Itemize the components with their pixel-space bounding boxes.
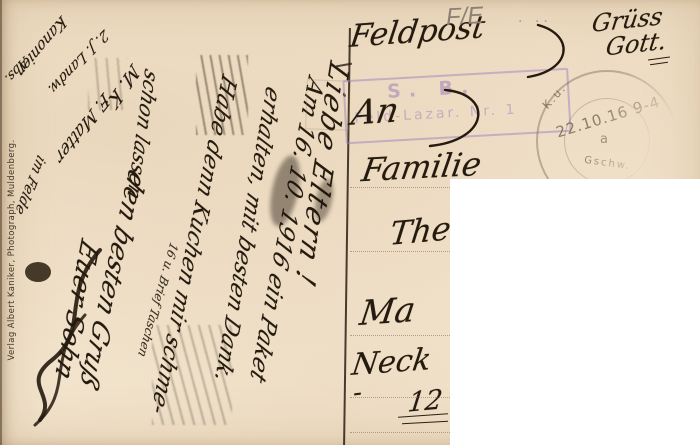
address-dash: - <box>351 378 363 409</box>
number-underline <box>402 421 448 424</box>
pencil-annotation: F/E <box>445 2 484 32</box>
address-ruled-line <box>350 187 452 188</box>
postmark-code-letter: a <box>600 132 608 147</box>
greeting-underline <box>650 62 668 65</box>
address-salutation: An <box>348 90 401 134</box>
address-ruled-line <box>350 432 452 433</box>
cropped-white-region <box>450 179 700 445</box>
greeting-word-2: Gott. <box>604 27 668 62</box>
publisher-credit: Verlag Albert Kaniker, Photograph, Mulde… <box>7 139 17 360</box>
address-line-ma: Ma <box>357 290 418 334</box>
corner-scrawl-6: im Felde <box>12 152 48 219</box>
card-left-edge <box>0 0 2 445</box>
address-ruled-line <box>350 397 452 398</box>
postcard: Verlag Albert Kaniker, Photograph, Mulde… <box>0 0 700 445</box>
address-line-neck: Neck <box>350 342 434 383</box>
address-ruled-line <box>350 335 452 336</box>
pencil-dots: · ·· <box>518 14 552 30</box>
address-line-the: The <box>388 209 453 253</box>
postcard-scan: Verlag Albert Kaniker, Photograph, Mulde… <box>0 0 700 445</box>
address-ruled-line <box>350 251 452 252</box>
greeting-underline <box>648 56 670 60</box>
